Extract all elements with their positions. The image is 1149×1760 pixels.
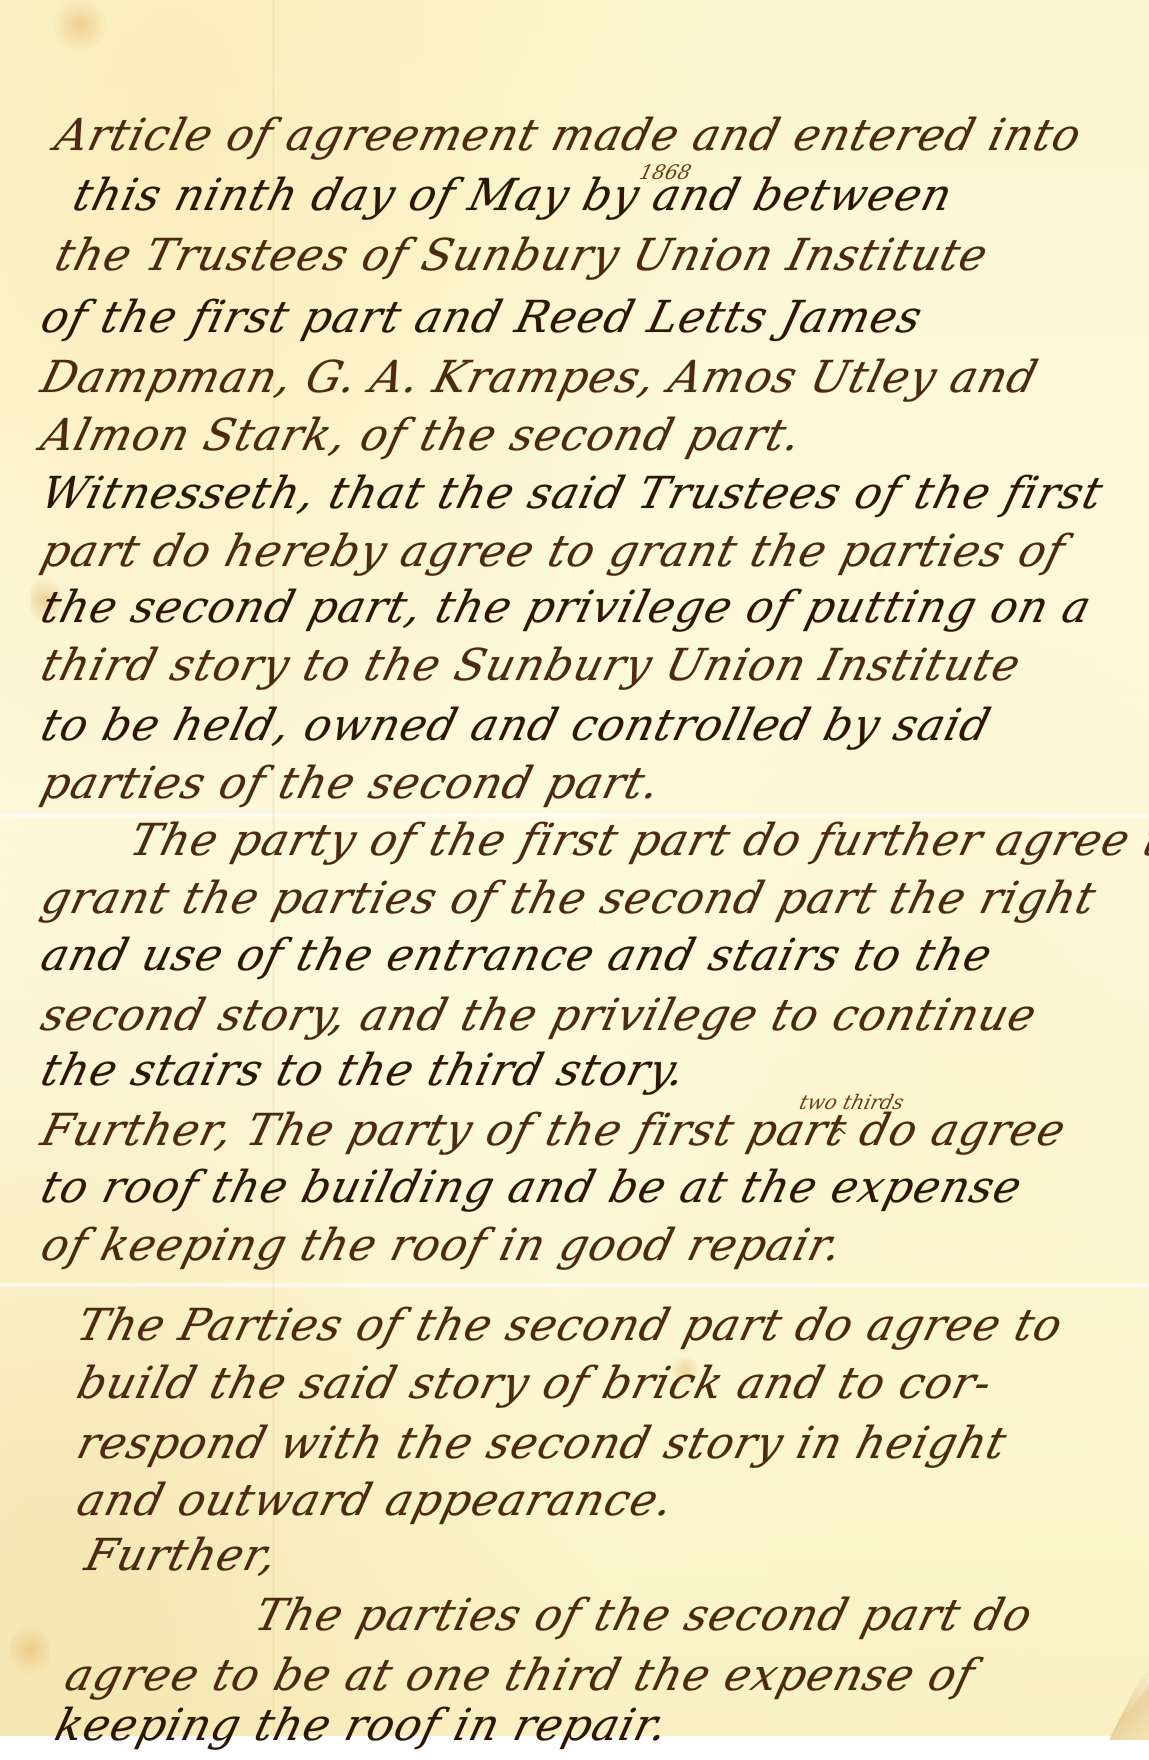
manuscript-line: of the first part and Reed Letts James — [36, 292, 928, 343]
manuscript-line: build the said story of brick and to cor… — [72, 1358, 997, 1409]
manuscript-line: Dampman, G. A. Krampes, Amos Utley and — [36, 352, 1043, 403]
manuscript-line: keeping the roof in repair. — [50, 1700, 674, 1751]
manuscript-line: the Trustees of Sunbury Union Institute — [50, 230, 993, 281]
manuscript-line: agree to be at one third the expense of — [60, 1650, 980, 1701]
manuscript-line: part do hereby agree to grant the partie… — [36, 526, 1071, 577]
manuscript-line: The Parties of the second part do agree … — [72, 1300, 1068, 1351]
manuscript-line: and use of the entrance and stairs to th… — [36, 930, 998, 981]
two-thirds-insert: two thirds — [797, 1090, 906, 1114]
manuscript-line: respond with the second story in height — [72, 1418, 1012, 1469]
manuscript-line: this ninth day of May by and between — [68, 170, 958, 221]
manuscript-line: The party of the first part do further a… — [125, 815, 1149, 866]
manuscript-line: to roof the building and be at the expen… — [36, 1162, 1027, 1213]
manuscript-line: the stairs to the third story. — [36, 1045, 691, 1096]
year-insert: 1868 — [637, 160, 694, 184]
manuscript-line: of keeping the roof in good repair. — [36, 1220, 848, 1271]
manuscript-line: Almon Stark, of the second part. — [36, 410, 807, 461]
manuscript-text: Article of agreement made and entered in… — [0, 0, 1149, 1736]
manuscript-line: the second part, the privilege of puttin… — [36, 582, 1097, 633]
insertion-caret: ^ — [830, 1125, 848, 1150]
manuscript-line: Article of agreement made and entered in… — [50, 110, 1087, 161]
manuscript-line: to be held, owned and controlled by said — [36, 700, 996, 751]
manuscript-line: The parties of the second part do — [250, 1590, 1038, 1641]
manuscript-line: parties of the second part. — [36, 758, 666, 809]
manuscript-line: third story to the Sunbury Union Institu… — [36, 640, 1026, 691]
manuscript-line: Witnesseth, that the said Trustees of th… — [36, 468, 1109, 519]
manuscript-line: Further, The party of the first part do … — [36, 1105, 1071, 1156]
manuscript-line: second story, and the privilege to conti… — [36, 990, 1042, 1041]
manuscript-line: grant the parties of the second part the… — [36, 873, 1101, 924]
manuscript-line: and outward appearance. — [72, 1475, 679, 1526]
manuscript-line: Further, — [80, 1530, 283, 1581]
